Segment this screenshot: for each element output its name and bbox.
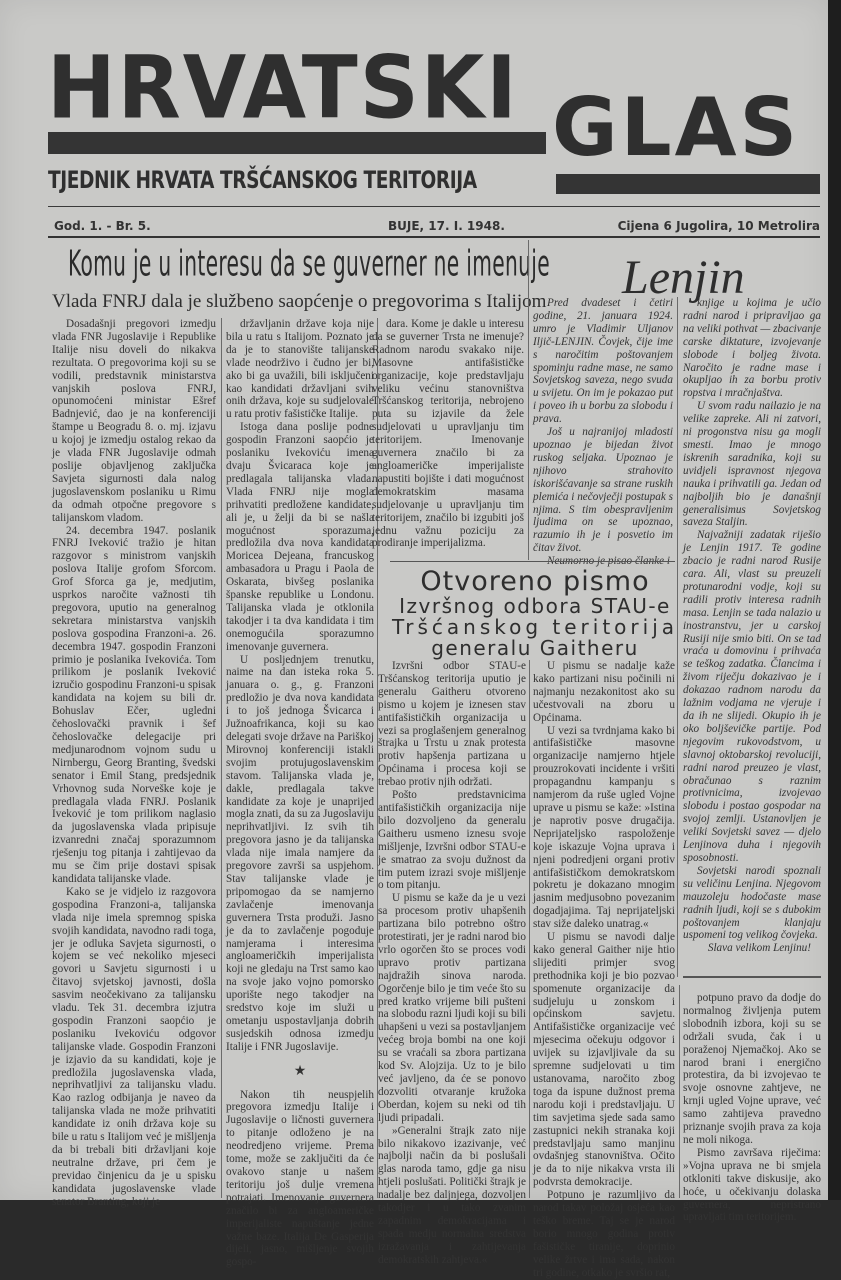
open-letter-title-line2: Izvršnog odbora STAU-e — [390, 596, 680, 617]
column-divider — [529, 660, 530, 1198]
paragraph: Dosadašnji pregovori izmedju vlada FNR J… — [52, 318, 216, 525]
paragraph: Nakon tih neuspjelih pregovora izmedju I… — [226, 1089, 374, 1200]
open-letter-title-line3: Tršćanskog teritorija — [390, 617, 680, 638]
lenjin-column-1: Pred dvadeset i četiri godine, 21. janua… — [533, 297, 673, 568]
paragraph: Sovjetski narodi spoznali su veličinu Le… — [683, 865, 821, 942]
main-article-column-1: Dosadašnji pregovori izmedju vlada FNR J… — [52, 318, 216, 1200]
main-article-column-2: državljanin države koja nije bila u ratu… — [226, 318, 374, 1200]
paragraph: dara. Kome je dakle u interesu da se guv… — [372, 318, 524, 550]
paragraph: U posljednjem trenutku, naime na dan ist… — [226, 654, 374, 1054]
masthead-bar-right — [556, 174, 820, 194]
paragraph: potpuno pravo da dodje do normalnog živl… — [683, 992, 821, 1147]
place-date: BUJE, 17. I. 1948. — [388, 219, 505, 233]
column-divider — [528, 240, 529, 560]
main-subheadline: Vlada FNRJ dala je službeno saopćenje o … — [52, 291, 546, 313]
masthead-rule — [48, 206, 820, 207]
paragraph: 24. decembra 1947. poslanik FNRJ Ivekovi… — [52, 525, 216, 886]
open-letter-column-3: potpuno pravo da dodje do normalnog živl… — [683, 992, 821, 1200]
main-article-column-3: dara. Kome je dakle u interesu da se guv… — [372, 318, 524, 550]
paragraph: Izvršni odbor STAU-e Tršćanskog teritori… — [378, 660, 526, 789]
dateline: God. 1. - Br. 5. BUJE, 17. I. 1948. Cije… — [48, 219, 820, 237]
paragraph: U svom radu nailazio je na velike zaprek… — [683, 400, 821, 529]
star-separator: ★ — [226, 1066, 374, 1079]
paragraph: U pismu se kaže da je u vezi sa procesom… — [378, 892, 526, 1124]
paragraph: U pismu se navodi dalje kako general Gai… — [533, 931, 675, 1189]
section-rule — [683, 976, 821, 978]
open-letter-column-2: U pismu se nadalje kaže kako partizani n… — [533, 660, 675, 1200]
open-letter-column-1: Izvršni odbor STAU-e Tršćanskog teritori… — [378, 660, 526, 1200]
masthead-title-glas: GLAS — [552, 88, 800, 168]
lenjin-signoff: Slava velikom Lenjinu! — [683, 942, 821, 955]
paragraph: »Generalni štrajk zato nije bilo nikakov… — [378, 1125, 526, 1200]
paragraph: Pošto predstavnicima antifašističkih org… — [378, 789, 526, 892]
paragraph: Istoga dana poslije podne gospodin Franz… — [226, 421, 374, 653]
paragraph: Najvažniji zadatak riješio je Lenjin 191… — [683, 529, 821, 865]
column-divider — [221, 318, 222, 1198]
scan-right-edge — [828, 0, 841, 1200]
paragraph: U pismu se nadalje kaže kako partizani n… — [533, 660, 675, 725]
dateline-rule — [48, 236, 820, 238]
paragraph: Kako se je vidjelo iz razgovora gospodin… — [52, 886, 216, 1200]
newspaper-page: HRVATSKI GLAS TJEDNIK HRVATA TRŠĆANSKOG … — [0, 0, 828, 1200]
paragraph: državljanin države koja nije bila u ratu… — [226, 318, 374, 421]
section-rule — [390, 561, 675, 562]
main-headline: Komu je u interesu da se guverner ne ime… — [68, 243, 550, 285]
issue-number: God. 1. - Br. 5. — [54, 219, 151, 233]
paragraph: Potpuno je razumljivo da narod takav pol… — [533, 1189, 675, 1200]
masthead-subtitle: TJEDNIK HRVATA TRŠĆANSKOG TERITORIJA — [48, 166, 477, 194]
price: Cijena 6 Jugolira, 10 Metrolira — [618, 219, 820, 233]
open-letter-headline: Otvoreno pismo Izvršnog odbora STAU-e Tr… — [390, 568, 680, 659]
paragraph: Pred dvadeset i četiri godine, 21. janua… — [533, 297, 673, 426]
open-letter-title: Otvoreno pismo — [390, 568, 680, 596]
paragraph: U vezi sa tvrdnjama kako bi antifašistič… — [533, 725, 675, 932]
open-letter-title-line4: generalu Gaitheru — [390, 638, 680, 659]
paragraph: Još u najranijoj mladosti upoznao je bij… — [533, 426, 673, 555]
masthead-bar-left — [48, 132, 546, 154]
paragraph: knjige u kojima je učio radni narod i pr… — [683, 297, 821, 400]
paragraph: Pismo završava riječima: »Vojna uprava n… — [683, 1147, 821, 1200]
column-divider — [679, 985, 680, 1198]
lenjin-column-2: knjige u kojima je učio radni narod i pr… — [683, 297, 821, 955]
masthead-title: HRVATSKI — [47, 46, 519, 132]
